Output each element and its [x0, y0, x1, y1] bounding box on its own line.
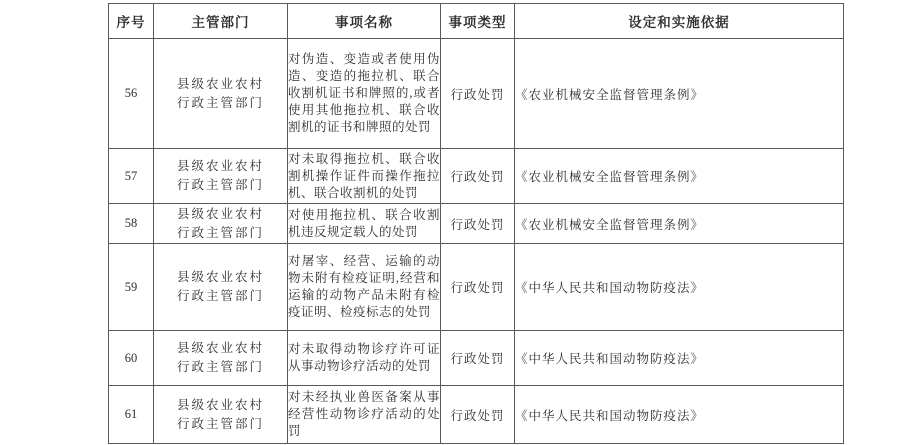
cell-item-name: 对使用拖拉机、联合收割机违反规定载人的处罚: [288, 204, 441, 244]
column-header-item-type: 事项类型: [441, 4, 515, 39]
cell-serial-number: 61: [109, 386, 154, 444]
cell-item-type: 行政处罚: [441, 386, 515, 444]
cell-legal-basis: 《农业机械安全监督管理条例》: [515, 204, 844, 244]
cell-serial-number: 58: [109, 204, 154, 244]
cell-item-type: 行政处罚: [441, 204, 515, 244]
cell-legal-basis: 《农业机械安全监督管理条例》: [515, 149, 844, 204]
cell-legal-basis: 《中华人民共和国动物防疫法》: [515, 386, 844, 444]
cell-serial-number: 57: [109, 149, 154, 204]
cell-item-type: 行政处罚: [441, 331, 515, 386]
cell-department: 县级农业农村行政主管部门: [154, 331, 288, 386]
table-row: 56 县级农业农村行政主管部门 对伪造、变造或者使用伪造、变造的拖拉机、联合收割…: [109, 39, 844, 149]
cell-department: 县级农业农村行政主管部门: [154, 39, 288, 149]
column-header-legal-basis: 设定和实施依据: [515, 4, 844, 39]
table-header-row: 序号 主管部门 事项名称 事项类型 设定和实施依据: [109, 4, 844, 39]
department-text: 县级农业农村行政主管部门: [173, 205, 268, 243]
cell-item-name: 对屠宰、经营、运输的动物未附有检疫证明,经营和运输的动物产品未附有检疫证明、检疫…: [288, 244, 441, 331]
cell-item-type: 行政处罚: [441, 149, 515, 204]
document-page: 序号 主管部门 事项名称 事项类型 设定和实施依据 56 县级农业农村行政主管部…: [0, 0, 900, 445]
department-text: 县级农业农村行政主管部门: [173, 268, 268, 306]
item-name-text: 对未取得拖拉机、联合收割机操作证件而操作拖拉机、联合收割机的处罚: [288, 151, 440, 202]
item-name-text: 对未经执业兽医备案从事经营性动物诊疗活动的处罚: [288, 389, 440, 440]
cell-department: 县级农业农村行政主管部门: [154, 149, 288, 204]
cell-item-name: 对未经执业兽医备案从事经营性动物诊疗活动的处罚: [288, 386, 441, 444]
column-header-item-name: 事项名称: [288, 4, 441, 39]
column-header-serial-number: 序号: [109, 4, 154, 39]
department-text: 县级农业农村行政主管部门: [173, 339, 268, 377]
item-name-text: 对伪造、变造或者使用伪造、变造的拖拉机、联合收割机证书和牌照的,或者使用其他拖拉…: [288, 51, 440, 136]
table-row: 59 县级农业农村行政主管部门 对屠宰、经营、运输的动物未附有检疫证明,经营和运…: [109, 244, 844, 331]
department-text: 县级农业农村行政主管部门: [173, 157, 268, 195]
department-text: 县级农业农村行政主管部门: [173, 75, 268, 113]
cell-department: 县级农业农村行政主管部门: [154, 204, 288, 244]
cell-serial-number: 56: [109, 39, 154, 149]
cell-legal-basis: 《农业机械安全监督管理条例》: [515, 39, 844, 149]
item-name-text: 对使用拖拉机、联合收割机违反规定载人的处罚: [288, 207, 440, 241]
cell-item-name: 对未取得动物诊疗许可证从事动物诊疗活动的处罚: [288, 331, 441, 386]
cell-item-name: 对伪造、变造或者使用伪造、变造的拖拉机、联合收割机证书和牌照的,或者使用其他拖拉…: [288, 39, 441, 149]
cell-item-name: 对未取得拖拉机、联合收割机操作证件而操作拖拉机、联合收割机的处罚: [288, 149, 441, 204]
column-header-department: 主管部门: [154, 4, 288, 39]
department-text: 县级农业农村行政主管部门: [173, 396, 268, 434]
cell-legal-basis: 《中华人民共和国动物防疫法》: [515, 244, 844, 331]
item-name-text: 对未取得动物诊疗许可证从事动物诊疗活动的处罚: [288, 341, 440, 375]
cell-item-type: 行政处罚: [441, 39, 515, 149]
cell-legal-basis: 《中华人民共和国动物防疫法》: [515, 331, 844, 386]
cell-serial-number: 59: [109, 244, 154, 331]
cell-department: 县级农业农村行政主管部门: [154, 244, 288, 331]
table-row: 57 县级农业农村行政主管部门 对未取得拖拉机、联合收割机操作证件而操作拖拉机、…: [109, 149, 844, 204]
cell-department: 县级农业农村行政主管部门: [154, 386, 288, 444]
administrative-items-table: 序号 主管部门 事项名称 事项类型 设定和实施依据 56 县级农业农村行政主管部…: [108, 3, 844, 444]
cell-serial-number: 60: [109, 331, 154, 386]
table-row: 60 县级农业农村行政主管部门 对未取得动物诊疗许可证从事动物诊疗活动的处罚 行…: [109, 331, 844, 386]
table-row: 58 县级农业农村行政主管部门 对使用拖拉机、联合收割机违反规定载人的处罚 行政…: [109, 204, 844, 244]
item-name-text: 对屠宰、经营、运输的动物未附有检疫证明,经营和运输的动物产品未附有检疫证明、检疫…: [288, 253, 440, 321]
table-row: 61 县级农业农村行政主管部门 对未经执业兽医备案从事经营性动物诊疗活动的处罚 …: [109, 386, 844, 444]
cell-item-type: 行政处罚: [441, 244, 515, 331]
